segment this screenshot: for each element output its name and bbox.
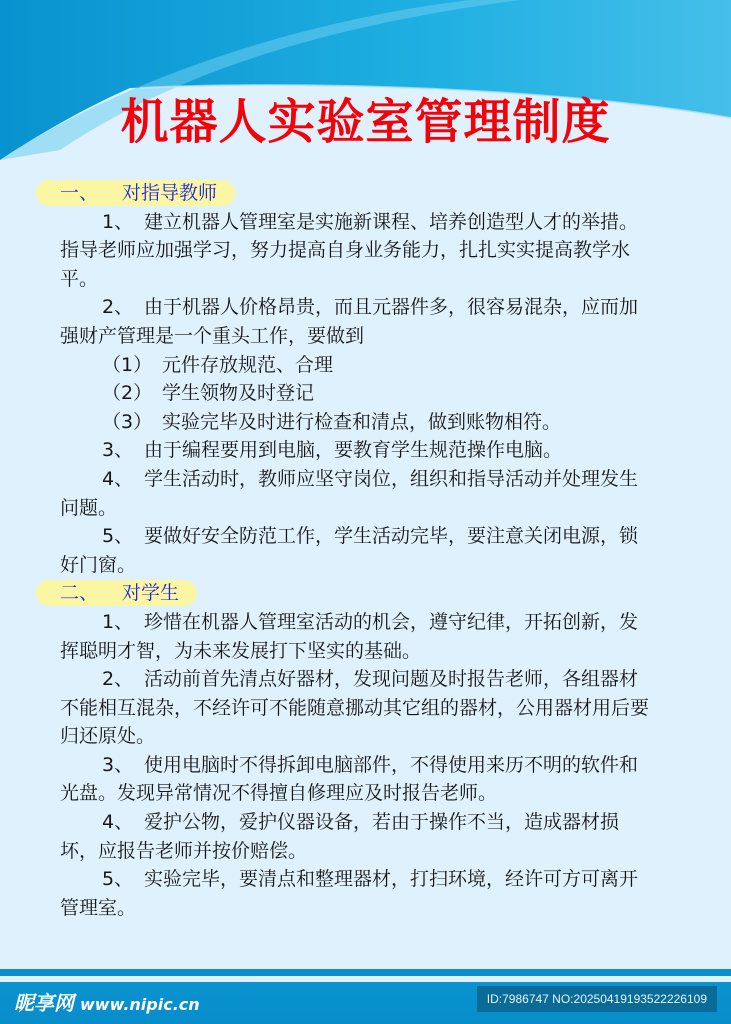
footer-divider: [0, 969, 731, 976]
rule-item: 1、建立机器人管理室是实施新课程、培养创造型人才的举措。指导老师应加强学习，努力…: [36, 208, 656, 294]
rule-item: 5、实验完毕，要清点和整理器材，打扫环境，经许可方可离开管理室。: [36, 865, 656, 922]
rule-subitem: （2）学生领物及时登记: [36, 379, 656, 408]
rule-item: 3、使用电脑时不得拆卸电脑部件，不得使用来历不明的软件和光盘。发现异常情况不得擅…: [36, 751, 656, 808]
page-title: 机器人实验室管理制度: [0, 92, 731, 152]
section-title: 对指导教师: [122, 182, 217, 204]
rule-item: 2、活动前首先清点好器材，发现问题及时报告老师，各组器材不能相互混杂，不经许可不…: [36, 665, 656, 751]
site-url[interactable]: www.nipic.cn: [80, 995, 200, 1014]
rule-item: 4、爱护公物，爱护仪器设备，若由于操作不当，造成器材损坏，应报告老师并按价赔偿。: [36, 808, 656, 865]
rule-item: 2、由于机器人价格昂贵，而且元器件多，很容易混杂，应而加强财产管理是一个重头工作…: [36, 293, 656, 350]
logo-text: 昵享网: [14, 991, 74, 1015]
rule-item: 5、要做好安全防范工作，学生活动完毕，要注意关闭电源，锁好门窗。: [36, 522, 656, 579]
rules-content: 一、对指导教师 1、建立机器人管理室是实施新课程、培养创造型人才的举措。指导老师…: [36, 179, 656, 922]
section-title: 对学生: [122, 582, 179, 604]
section-number: 一、: [60, 180, 122, 206]
rule-subitem: （1）元件存放规范、合理: [36, 351, 656, 380]
section-heading: 一、对指导教师: [36, 180, 235, 206]
rule-item: 4、学生活动时，教师应坚守岗位，组织和指导活动并处理发生问题。: [36, 465, 656, 522]
watermark-footer: 昵享网www.nipic.cn ID:7986747 NO:2025041919…: [0, 982, 731, 1024]
section-number: 二、: [60, 580, 122, 606]
section-heading: 二、对学生: [36, 580, 197, 606]
rule-item: 3、由于编程要用到电脑，要教育学生规范操作电脑。: [36, 436, 656, 465]
image-id-badge: ID:7986747 NO:20250419193522226109: [477, 986, 717, 1012]
rule-subitem: （3）实验完毕及时进行检查和清点，做到账物相符。: [36, 408, 656, 437]
section-students: 二、对学生 1、珍惜在机器人管理室活动的机会，遵守纪律，开拓创新，发挥聪明才智，…: [36, 579, 656, 922]
site-logo[interactable]: 昵享网www.nipic.cn: [14, 986, 200, 1022]
rule-item: 1、珍惜在机器人管理室活动的机会，遵守纪律，开拓创新，发挥聪明才智，为未来发展打…: [36, 608, 656, 665]
section-teachers: 一、对指导教师 1、建立机器人管理室是实施新课程、培养创造型人才的举措。指导老师…: [36, 179, 656, 579]
